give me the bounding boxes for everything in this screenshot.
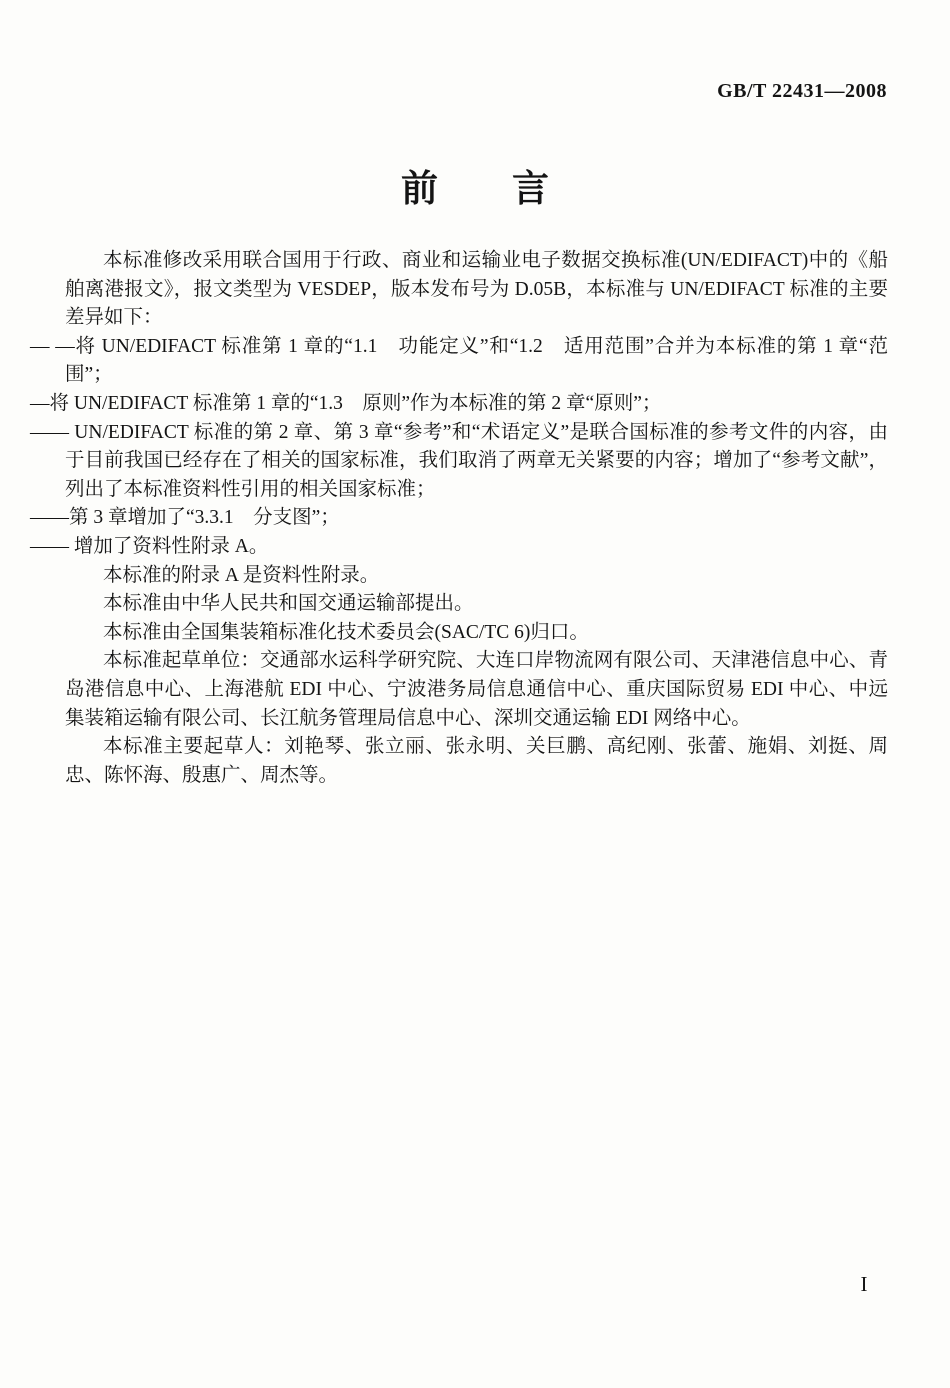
page-title: 前 言 [0, 158, 950, 212]
standard-number-header: GB/T 22431—2008 [717, 80, 887, 103]
difference-list-item: — —将 UN/EDIFACT 标准第 1 章的“1.1 功能定义”和“1.2 … [65, 333, 888, 390]
difference-list-item: ——第 3 章增加了“3.3.1 分支图”； [65, 504, 888, 533]
proposed-by-paragraph: 本标准由中华人民共和国交通运输部提出。 [65, 590, 888, 619]
difference-list-item: —— 增加了资料性附录 A。 [65, 533, 888, 562]
difference-list-item: —将 UN/EDIFACT 标准第 1 章的“1.3 原则”作为本标准的第 2 … [65, 390, 888, 419]
page-number: I [861, 1272, 869, 1297]
drafting-organizations-paragraph: 本标准起草单位：交通部水运科学研究院、大连口岸物流网有限公司、天津港信息中心、青… [65, 647, 888, 733]
document-page: GB/T 22431—2008 前 言 本标准修改采用联合国用于行政、商业和运输… [0, 0, 950, 1388]
difference-list-item: —— UN/EDIFACT 标准的第 2 章、第 3 章“参考”和“术语定义”是… [65, 419, 888, 505]
intro-paragraph: 本标准修改采用联合国用于行政、商业和运输业电子数据交换标准(UN/EDIFACT… [65, 247, 888, 333]
managed-by-paragraph: 本标准由全国集装箱标准化技术委员会(SAC/TC 6)归口。 [65, 619, 888, 648]
drafters-paragraph: 本标准主要起草人：刘艳琴、张立丽、张永明、关巨鹏、高纪刚、张蕾、施娟、刘挺、周忠… [65, 733, 888, 790]
appendix-note-paragraph: 本标准的附录 A 是资料性附录。 [65, 562, 888, 591]
document-body: 本标准修改采用联合国用于行政、商业和运输业电子数据交换标准(UN/EDIFACT… [65, 247, 888, 790]
